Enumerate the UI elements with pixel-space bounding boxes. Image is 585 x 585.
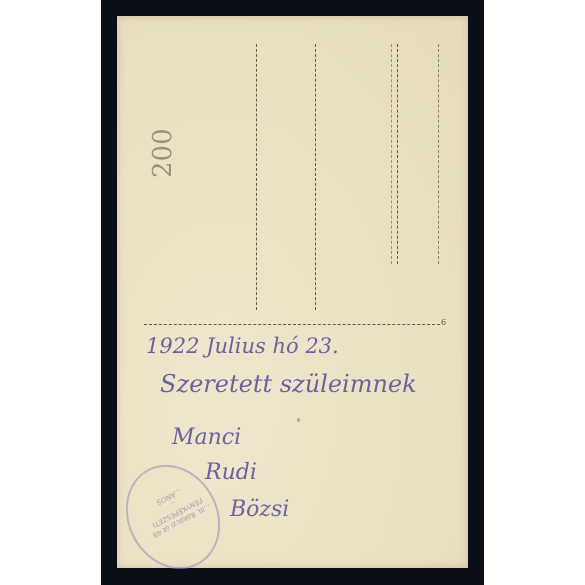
- pencil-note: 200: [148, 128, 178, 178]
- stain-spot: [297, 418, 300, 422]
- dotted-line-3: [391, 44, 392, 264]
- signature-rudi: Rudi: [205, 460, 257, 485]
- signature-manci: Manci: [172, 425, 241, 450]
- date-line: 1922 Julius hó 23.: [146, 334, 339, 358]
- signature-bozsi: Bözsi: [230, 497, 289, 522]
- dotted-line-5: [438, 44, 439, 264]
- dotted-line-4: [397, 44, 398, 264]
- dotted-line-1: [256, 44, 257, 310]
- dotted-line-2: [315, 44, 316, 310]
- dedication-line: Szeretett szüleimnek: [160, 370, 417, 398]
- corner-mark: 6: [441, 318, 446, 327]
- divider-line: [144, 324, 440, 325]
